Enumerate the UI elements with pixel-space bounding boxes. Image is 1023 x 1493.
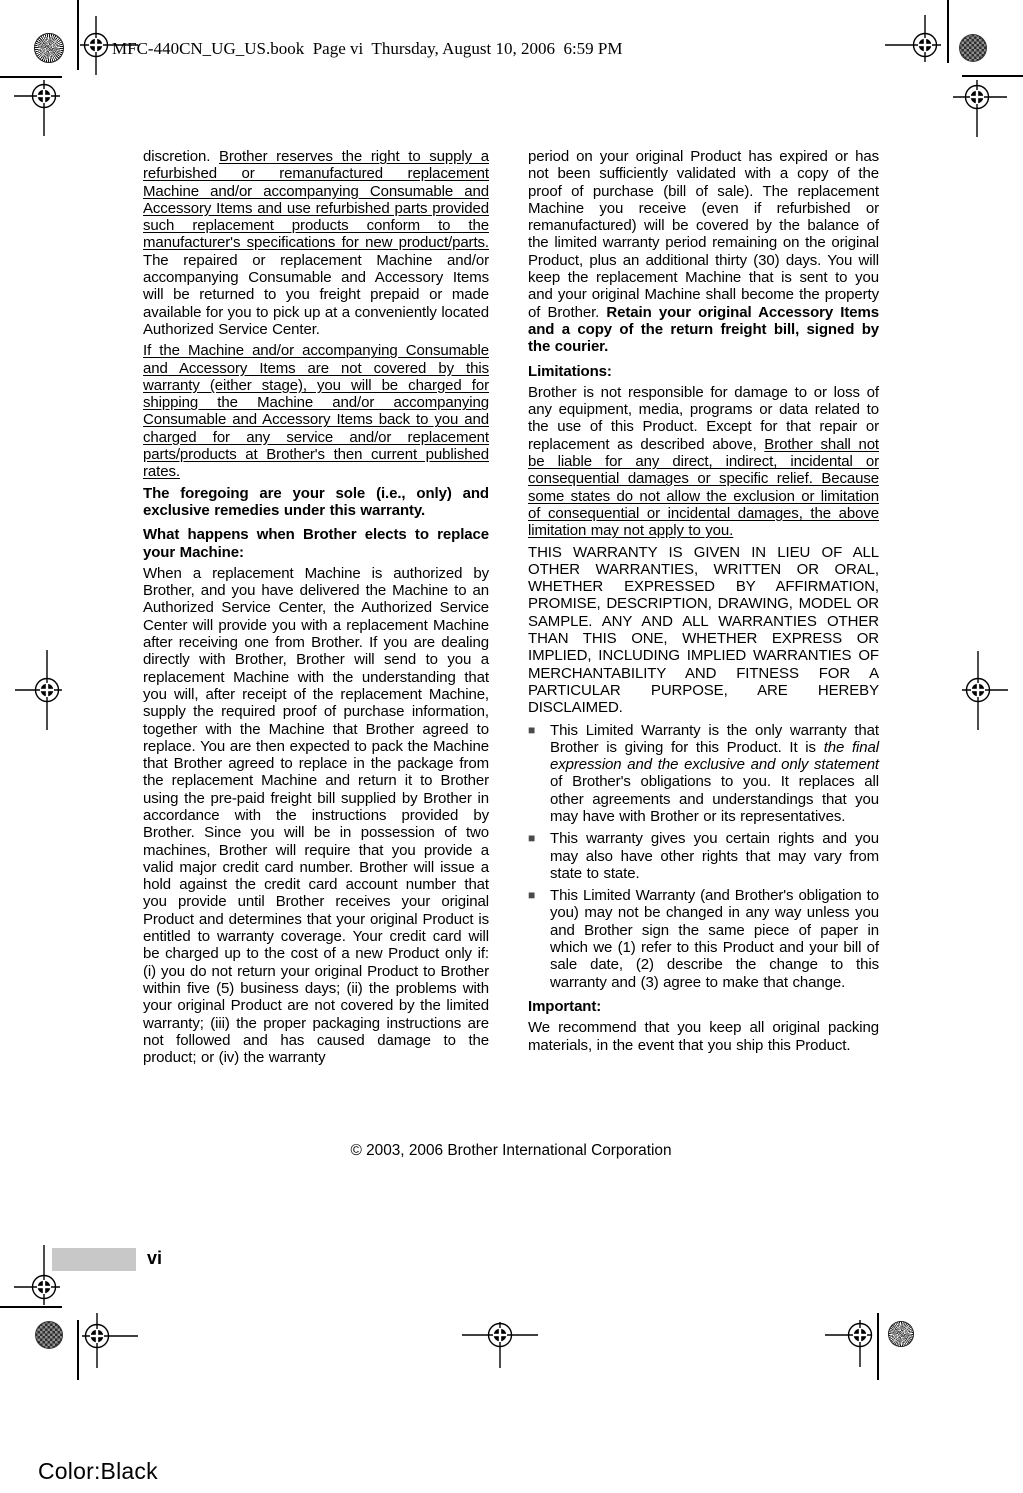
text-run: period on your original Product has expi… [528,148,879,355]
section-heading: What happens when Brother elects to repl… [143,526,489,561]
text-run: Limitations: [528,363,612,380]
text-run: Important: [528,998,601,1015]
text-run: This Limited Warranty is the only warran… [550,722,879,826]
bullet-square-icon: ■ [528,887,550,991]
page-number: vi [147,1248,162,1269]
paragraph: When a replacement Machine is authorized… [143,565,489,1067]
paragraph: discretion. Brother reserves the right t… [143,148,489,338]
section-heading: Important: [528,998,879,1015]
text-run: Brother is not responsible for damage to… [528,384,879,539]
right-column: period on your original Product has expi… [528,148,879,1054]
section-heading: Limitations: [528,363,879,380]
paragraph: THIS WARRANTY IS GIVEN IN LIEU OF ALL OT… [528,544,879,717]
text-run: We recommend that you keep all original … [528,1019,879,1053]
text-run: When a replacement Machine is authorized… [143,565,489,1066]
text-run: This Limited Warranty (and Brother's obl… [550,887,879,991]
registration-target-icon [47,1286,147,1386]
bullet-item: ■This warranty gives you certain rights … [528,830,879,882]
text-run: This warranty gives you certain rights a… [550,830,879,882]
paragraph: Brother is not responsible for damage to… [528,384,879,540]
text-run: discretion. Brother reserves the right t… [143,148,489,338]
registration-target-icon [928,640,1023,740]
manual-page: MFC-440CN_UG_US.book Page vi Thursday, A… [0,0,1023,1493]
registration-target-icon [0,640,97,740]
text-run: What happens when Brother elects to repl… [143,526,489,560]
bullet-square-icon: ■ [528,722,550,826]
registration-target-icon [0,46,94,146]
bullet-item: ■This Limited Warranty (and Brother's ob… [528,887,879,991]
print-header: MFC-440CN_UG_US.book Page vi Thursday, A… [112,39,623,59]
registration-target-icon [927,47,1023,147]
page-number-bar [52,1248,136,1271]
paragraph: If the Machine and/or accompanying Consu… [143,342,489,480]
copyright-line: © 2003, 2006 Brother International Corpo… [143,1142,879,1160]
paragraph: period on your original Product has expi… [528,148,879,356]
left-column: discretion. Brother reserves the right t… [143,148,489,1066]
paragraph: The foregoing are your sole (i.e., only)… [143,485,489,520]
text-run: The foregoing are your sole (i.e., only)… [143,485,489,519]
paragraph: We recommend that you keep all original … [528,1019,879,1054]
bullet-item: ■This Limited Warranty is the only warra… [528,722,879,826]
registration-target-icon [810,1285,910,1385]
text-run: THIS WARRANTY IS GIVEN IN LIEU OF ALL OT… [528,544,879,717]
registration-target-icon [450,1285,550,1385]
print-color-note: Color:Black [38,1458,158,1485]
bullet-square-icon: ■ [528,830,550,882]
text-run: If the Machine and/or accompanying Consu… [143,342,489,480]
